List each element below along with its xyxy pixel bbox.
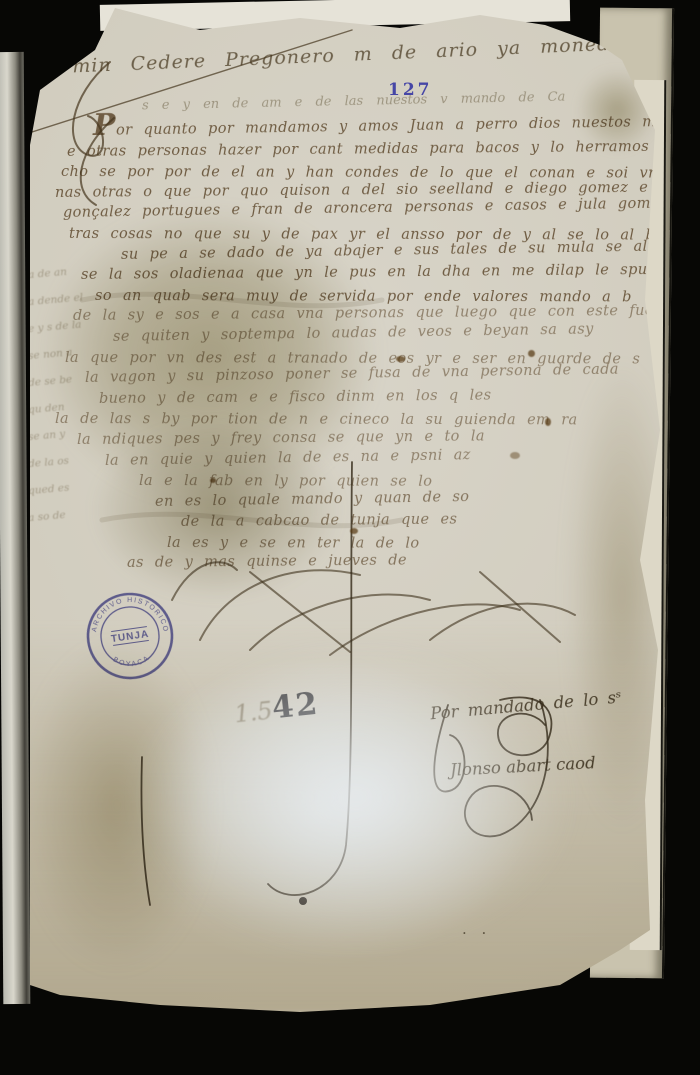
book-binding — [0, 52, 30, 1004]
flourish-dots: · · — [462, 924, 491, 942]
ink-blot — [545, 418, 551, 426]
marginalia-column: a de ana dende ele y s de lase non ade s… — [28, 258, 124, 528]
year-annotation: 1.542 — [232, 686, 321, 731]
manuscript-line: se la sos oladienaa que yn le pus en la … — [81, 260, 630, 285]
ink-blot — [350, 528, 358, 534]
manuscript-photo: s.nie eau-re-al bqueda-en elheraez foluh… — [0, 0, 700, 1075]
year-pencil-part: 42 — [270, 686, 321, 727]
folio-number-stamp: 127 — [388, 80, 433, 100]
year-ink-part: 1.5 — [233, 697, 274, 729]
tunja-archive-stamp: ARCHIVO HISTORICO BOYACA TUNJA — [76, 582, 184, 690]
stamp-arc-bottom: BOYACA — [111, 651, 152, 670]
manuscript-page: min Cedere Pregonero m de ario ya moneda… — [22, 0, 670, 1015]
clean-paper-area — [142, 648, 572, 948]
mandate-closing-line: Por mandado de lo sˢ — [430, 688, 623, 724]
scribe-signature: Jlonso abart caod — [450, 753, 596, 780]
manuscript-line: de la a cabcao de tunja que es — [181, 508, 630, 533]
ink-blot — [210, 478, 216, 483]
bottom-left-stain — [22, 640, 212, 970]
ink-blot — [528, 350, 535, 357]
manuscript-line: bueno y de cam e e fisco dinm en los q l… — [99, 384, 630, 409]
manuscript-line: e otras personas hazer por cant medidas … — [67, 137, 630, 163]
body-text-block: Por quanto por mandamos y amos Juan a pe… — [55, 116, 630, 574]
ink-blot — [396, 356, 405, 362]
ink-blot — [510, 452, 520, 459]
manuscript-line: as de y mas quinse e jueves de — [127, 549, 630, 574]
svg-text:BOYACA: BOYACA — [111, 651, 152, 670]
